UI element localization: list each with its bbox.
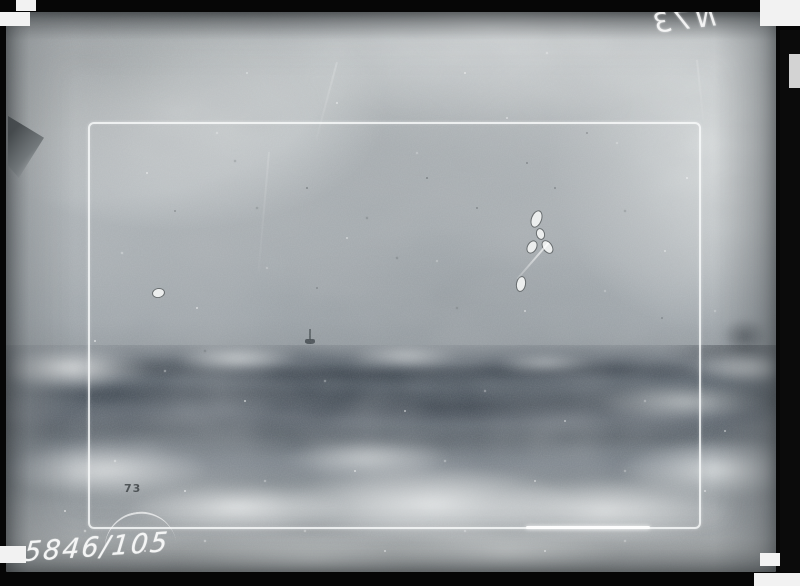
holder-notch: [754, 573, 800, 586]
right-border-bar: [780, 30, 800, 572]
photographic-plate: 73 5846/105 N73: [6, 12, 776, 572]
holder-notch: [16, 0, 36, 11]
holder-notch: [0, 12, 30, 26]
edge-gap-highlight: [789, 54, 800, 88]
frame-line-bright-segment: [526, 526, 650, 529]
holder-notch: [760, 0, 800, 26]
inner-frame-line: [88, 122, 701, 529]
photo-scan: 73 5846/105 N73: [0, 0, 800, 586]
holder-notch: [0, 546, 26, 563]
frame-number-mark: 73: [124, 482, 141, 495]
